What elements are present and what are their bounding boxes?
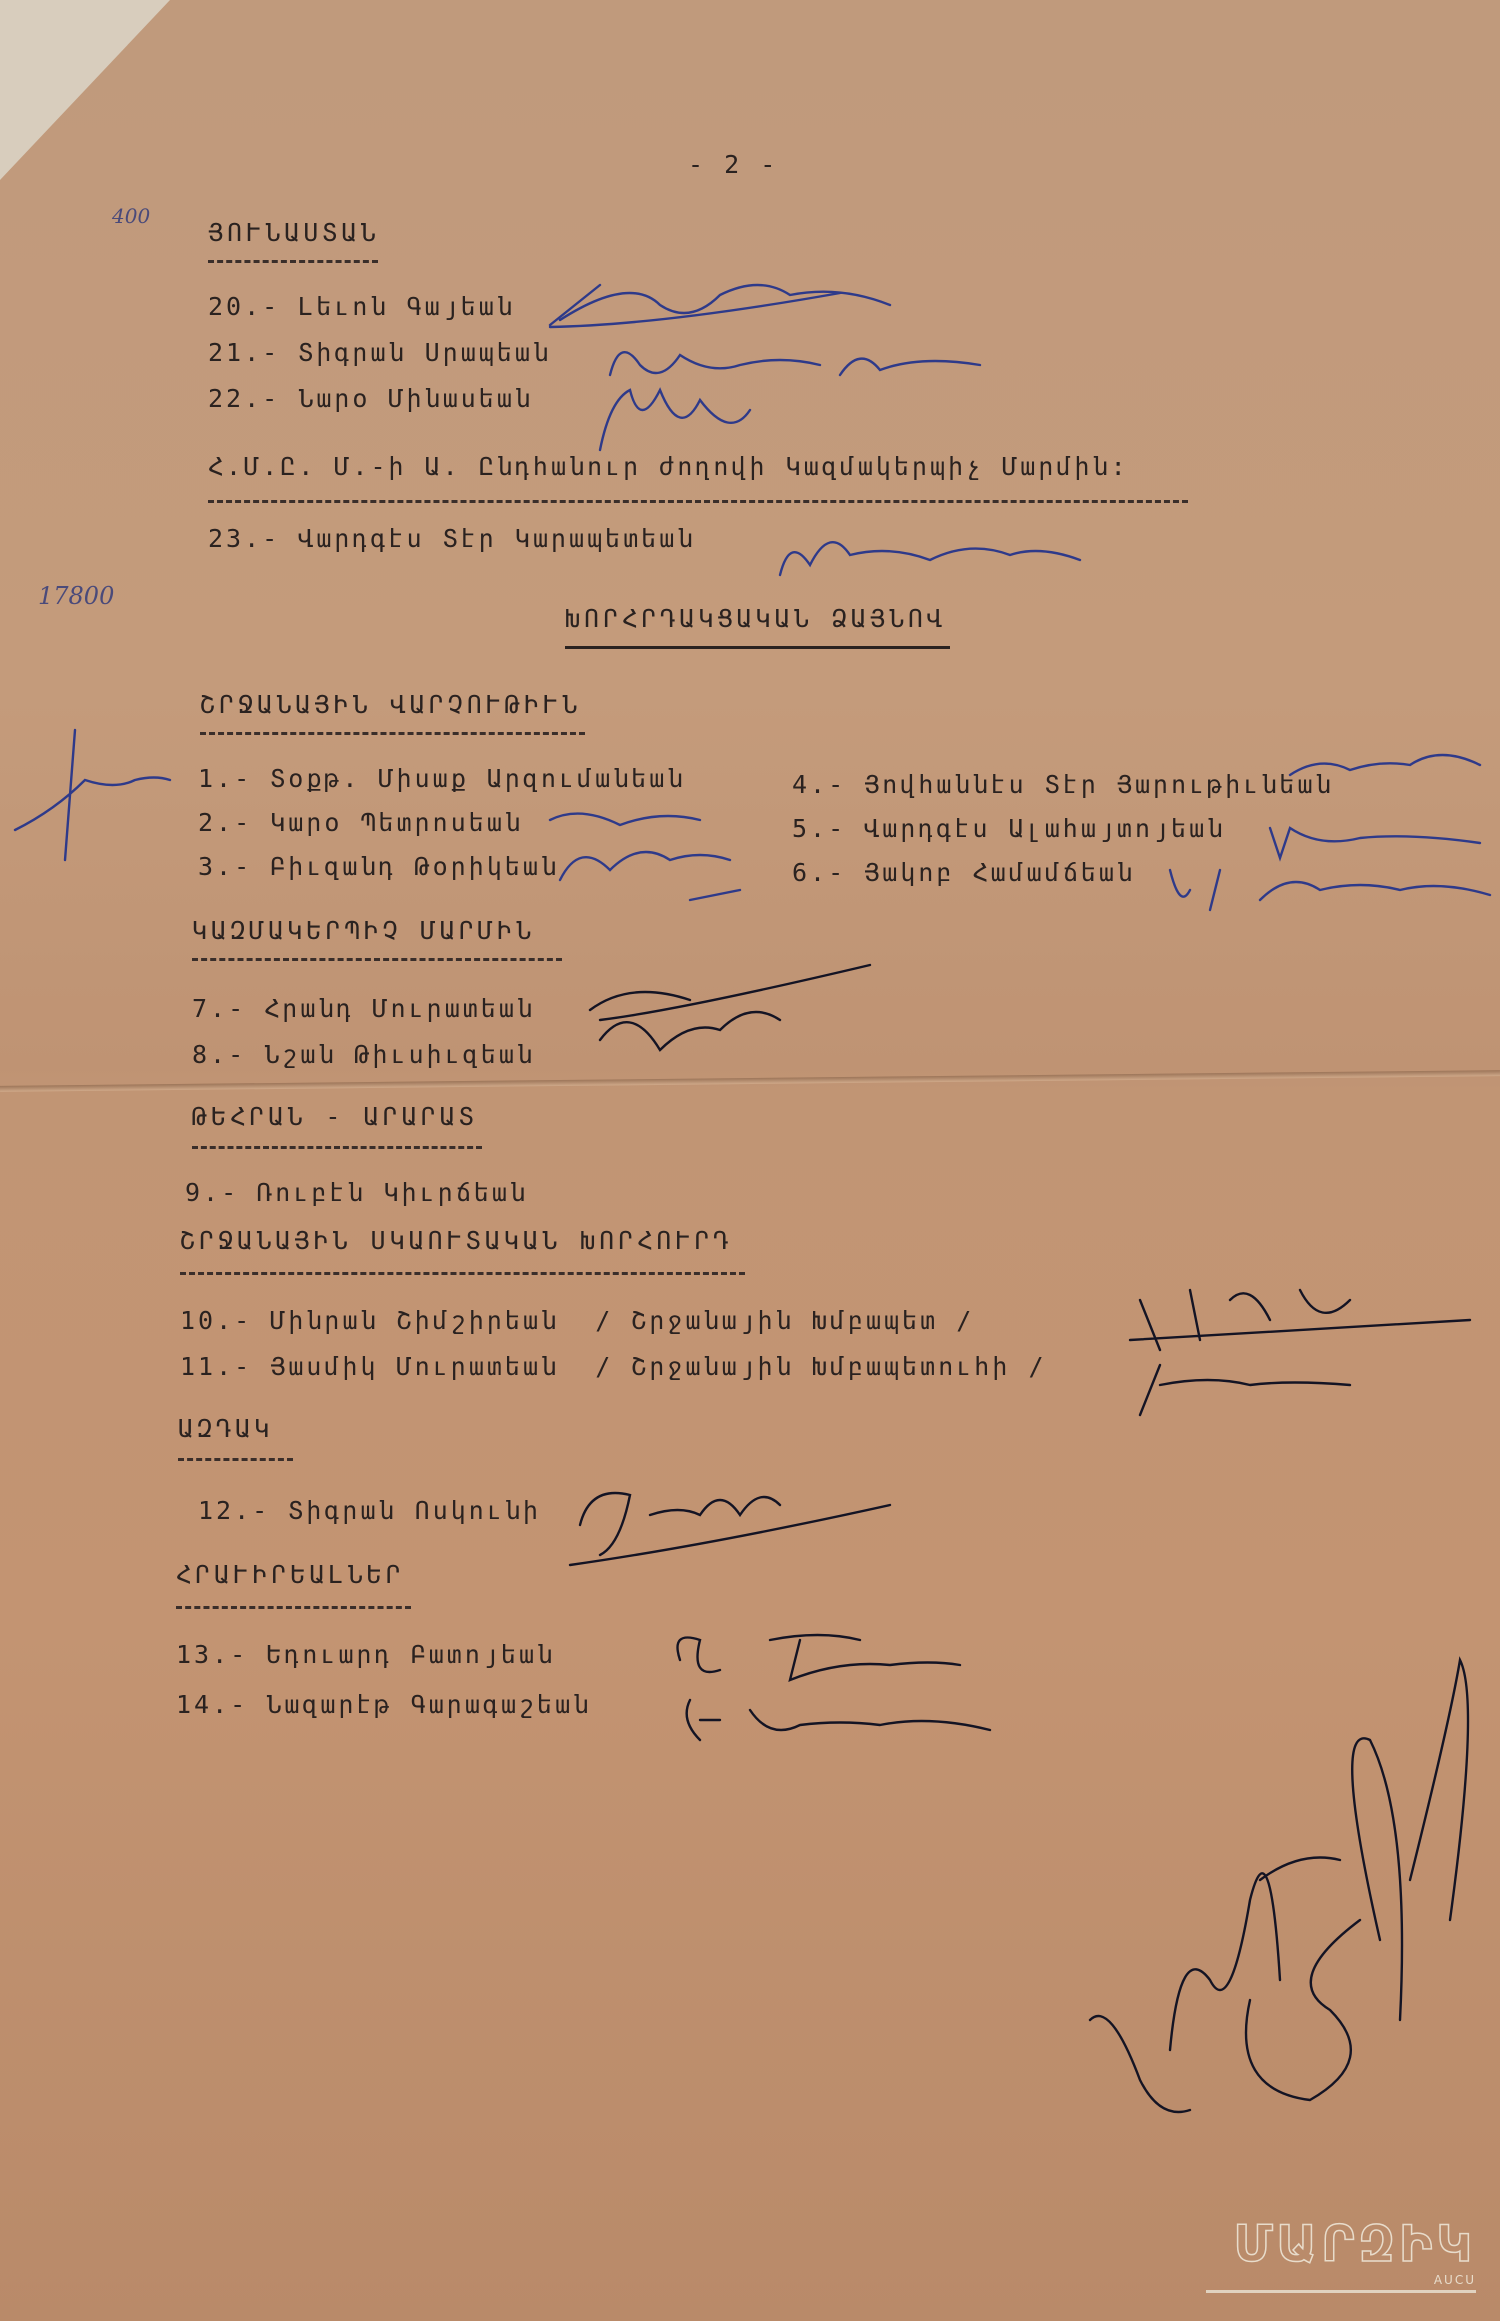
watermark-logo: ՄԱՐԶԻԿ AUCU (1206, 2215, 1476, 2293)
signature-large (1080, 1620, 1500, 2140)
page-number: - 2 - (688, 150, 778, 179)
list-item: 6.- Յակոբ Համամճեան (792, 858, 1135, 887)
heading-underline (208, 260, 378, 263)
title-underline (565, 646, 950, 649)
list-item: 10.- Մինրան Շիմշիրեան / Շրջանային Խմբապե… (180, 1306, 974, 1335)
list-item: 2.- Կարօ Պետրոսեան (198, 808, 523, 837)
list-item: 8.- Նշան Թիւսիւզեան (192, 1040, 535, 1069)
page-corner-background (0, 0, 170, 180)
heading-underline (176, 1606, 411, 1609)
list-item: 23.- Վարդգէս Տէր Կարապետեան (208, 524, 695, 553)
watermark-main-text: ՄԱՐԶԻԿ (1206, 2215, 1476, 2273)
signature-6 (1160, 850, 1500, 920)
signature-22 (590, 370, 770, 460)
section-heading-organizing-committee: ԿԱԶՄԱԿԵՐՊԻՉ ՄԱՐՄԻՆ (192, 916, 535, 945)
list-item: 12.- Տիգրան Ոսկունի (198, 1496, 541, 1525)
list-item: 5.- Վարդգէս Ալահայտոյեան (792, 814, 1225, 843)
section-heading-azdak: ԱԶԴԱԿ (178, 1414, 273, 1443)
list-item: 1.- Տօքթ. Միսաք Արզումանեան (198, 764, 685, 793)
list-item: 14.- Նազարէթ Գարագաշեան (176, 1690, 591, 1719)
signature-14 (670, 1680, 1010, 1760)
heading-underline (178, 1458, 293, 1461)
heading-underline (200, 732, 585, 735)
section-title-advisory: ԽՈՐՀՐԴԱԿՑԱԿԱՆ ՁԱՅՆՈՎ (565, 604, 946, 633)
list-item: 13.- Եդուարդ Բատոյեան (176, 1640, 555, 1669)
margin-note-middle: 17800 (38, 582, 114, 610)
signature-4 (1280, 735, 1500, 795)
margin-note-top: 400 (112, 204, 150, 228)
section-heading-greece: ՅՈՒՆԱՍՏԱՆ (208, 218, 379, 247)
watermark-sub-text: AUCU (1206, 2273, 1476, 2287)
heading-underline (208, 500, 1188, 503)
signature-7-8 (580, 960, 880, 1090)
heading-underline (192, 958, 562, 961)
section-heading-tehran: ԹԵՀՐԱՆ - ԱՐԱՐԱՏ (192, 1102, 478, 1131)
signature-12 (560, 1465, 900, 1585)
section-heading-regional-board: ՇՐՋԱՆԱՅԻՆ ՎԱՐՉՈՒԹԻՒՆ (200, 690, 581, 719)
list-item: 11.- Յասմիկ Մուրատեան / Շրջանային Խմբապե… (180, 1352, 1047, 1381)
list-item: 22.- Նարօ Մինասեան (208, 384, 533, 413)
watermark-underline (1206, 2290, 1476, 2293)
section-heading-invited: ՀՐԱՒԻՐԵԱԼՆԵՐ (176, 1560, 405, 1589)
list-item: 20.- Լեւոն Գայեան (208, 292, 515, 321)
signature-2-3 (540, 800, 760, 930)
signature-11 (1130, 1345, 1370, 1425)
list-item: 9.- Ռուբէն Կիւրճեան (185, 1178, 528, 1207)
heading-underline (180, 1272, 745, 1275)
list-item: 4.- Յովհաննէս Տէր Յարութիւնեան (792, 770, 1334, 799)
section-heading-scout-council: ՇՐՋԱՆԱՅԻՆ ՍԿԱՈՒՏԱԿԱՆ ԽՈՐՀՈՒՐԴ (180, 1226, 733, 1255)
signature-margin-left (5, 720, 175, 880)
list-item: 3.- Բիւզանդ Թօրիկեան (198, 852, 559, 881)
list-item: 7.- Հրանդ Մուրատեան (192, 994, 535, 1023)
heading-underline (192, 1146, 482, 1149)
list-item: 21.- Տիգրան Սրապեան (208, 338, 551, 367)
signature-23 (770, 515, 1100, 595)
